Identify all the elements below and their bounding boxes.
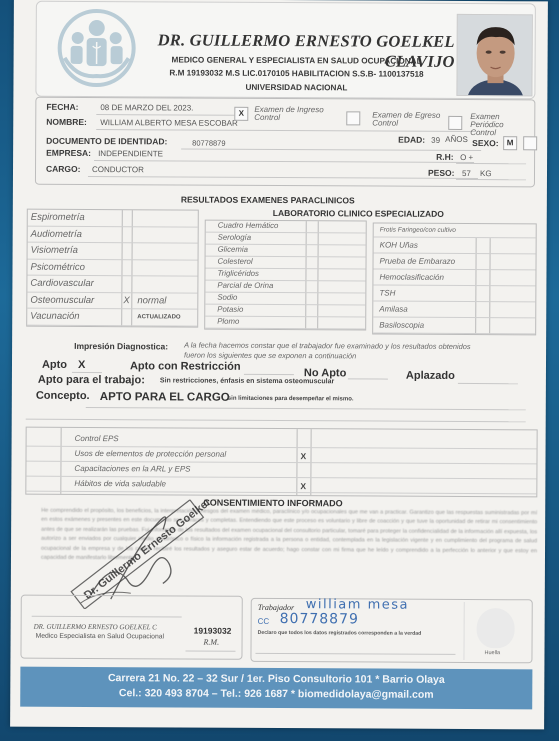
nombre-label: NOMBRE: [46, 117, 87, 127]
lab-test-name: Triglicéridos [217, 269, 258, 278]
patient-data-box: FECHA: 08 DE MARZO DEL 2023. NOMBRE: WIL… [35, 97, 535, 188]
clinical-test-note: ACTUALIZADO [137, 314, 180, 320]
nombre-value: WILLIAM ALBERTO MESA ESCOBAR [100, 118, 238, 128]
clinical-test-row: Visiometría [28, 243, 198, 260]
lab-test-row: Glicemia [206, 245, 366, 258]
recommendation-label: Hábitos de vida saludable [74, 479, 166, 488]
apto-con-restriccion-label: Apto con Restricción [130, 360, 241, 373]
footer-contact: Cel.: 320 493 8704 – Tel.: 926 1687 * bi… [20, 686, 532, 704]
lab-test-row: Plomo [205, 317, 365, 330]
clinical-test-note: normal [137, 295, 166, 306]
signature-rm-label: R.M. [204, 638, 220, 647]
lab-test-row: Colesterol [205, 257, 365, 270]
lab-test-name: Potasio [217, 305, 243, 314]
clinical-test-row: Espirometría [28, 210, 198, 227]
clinical-test-mark: X [123, 295, 129, 306]
edad-label: EDAD: [398, 135, 425, 145]
lab-test-name: Serología [218, 233, 251, 242]
peso-label: PESO: [428, 168, 455, 178]
edad-unit: AÑOS [445, 135, 468, 144]
doctor-registration: R.M 19193032 M.S LIC.0170105 HABILITACIO… [136, 68, 456, 79]
doctor-university: UNIVERSIDAD NACIONAL [136, 82, 456, 93]
apto-trabajo-label: Apto para el trabajo: [38, 374, 145, 387]
clinical-test-row: Audiometría [28, 226, 198, 243]
recommendation-mark: X [300, 451, 306, 461]
aplazado-label: Aplazado [406, 370, 455, 382]
patient-photo-icon [456, 14, 532, 96]
special-lab-tests-table: Frotis Faringeo/con cultivoKOH UñasPrueb… [372, 222, 537, 335]
worker-declaration: Declaro que todos los datos registrados … [258, 629, 438, 638]
recommendation-label: Usos de elementos de protección personal [75, 449, 227, 459]
huella-label: Huella [484, 650, 500, 656]
special-lab-header-row: Frotis Faringeo/con cultivo [374, 223, 536, 238]
fecha-label: FECHA: [46, 102, 78, 112]
signature-rm-number: 19193032 [194, 626, 232, 636]
clinical-test-name: Audiometría [31, 228, 82, 239]
clinical-test-row: Psicométrico [27, 259, 197, 276]
clinical-test-row: Cardiovascular [27, 276, 197, 293]
clinical-test-name: Cardiovascular [30, 278, 93, 289]
lab-test-row: Triglicéridos [205, 269, 365, 282]
empresa-label: EMPRESA: [46, 148, 91, 158]
svg-text:Dr. Guillermo Ernesto Goelkel: Dr. Guillermo Ernesto Goelkel Clavijo [82, 499, 221, 602]
lab-test-row: Serología [206, 233, 366, 246]
clinical-test-name: Vacunación [30, 311, 79, 322]
signature-doctor-name: DR. GUILLERMO ERNESTO GOELKEL C [34, 623, 157, 632]
special-lab-test-name: Hemoclasificación [379, 273, 444, 282]
recommendation-label: Capacitaciones en la ARL y EPS [74, 464, 190, 474]
special-lab-test-name: Prueba de Embarazo [380, 257, 456, 266]
clinical-test-row: OsteomuscularXnormal [27, 292, 197, 309]
footer-contact-bar: Carrera 21 No. 22 – 32 Sur / 1er. Piso C… [20, 667, 532, 710]
lab-test-name: Plomo [217, 317, 239, 326]
apto-label: Apto [42, 359, 67, 371]
lab-test-name: Sodio [217, 293, 237, 302]
special-lab-test-row: Basiloscopia [373, 317, 535, 334]
peso-unit: KG [480, 169, 492, 178]
clinical-test-name: Visiometría [31, 245, 78, 256]
special-lab-header: Frotis Faringeo/con cultivo [380, 227, 456, 234]
recommendation-row: Hábitos de vida saludableX [26, 477, 536, 495]
lab-test-name: Cuadro Hemático [218, 221, 279, 230]
lab-title: LABORATORIO CLINICO ESPECIALIZADO [273, 208, 444, 219]
rh-label: R.H: [436, 152, 454, 162]
recommendations-table: Control EPSUsos de elementos de protecci… [25, 427, 537, 498]
lab-test-row: Cuadro Hemático [206, 221, 366, 234]
special-lab-test-name: Amilasa [379, 305, 407, 314]
diagnosis-label: Impresión Diagnostica: [74, 341, 168, 351]
results-title: RESULTADOS EXAMENES PARACLINICOS [181, 194, 355, 205]
fecha-value: 08 DE MARZO DEL 2023. [100, 103, 193, 112]
lab-test-name: Parcial de Orina [217, 281, 273, 290]
fingerprint-box: Huella [463, 602, 529, 660]
exam-periodico-checkbox[interactable] [448, 116, 462, 130]
cargo-label: CARGO: [46, 164, 81, 174]
people-caring-hands-logo-icon [56, 6, 136, 90]
recommendation-label: Control EPS [75, 434, 119, 443]
special-lab-test-name: TSH [379, 289, 395, 298]
exam-ingreso-label: Examen de IngresoControl [254, 106, 323, 122]
clinical-test-name: Osteomuscular [30, 294, 94, 305]
medical-certificate-page: DR. GUILLERMO ERNESTO GOELKEL CLAVIJO ME… [10, 0, 548, 729]
exam-egreso-checkbox[interactable] [346, 111, 360, 125]
concepto-value: APTO PARA EL CARGO [100, 391, 230, 404]
clinical-test-name: Psicométrico [30, 261, 84, 272]
doctor-specialty: MEDICO GENERAL Y ESPECIALISTA EN SALUD O… [137, 55, 457, 66]
diagnosis-text-2: fueron los siguientes que se exponen a c… [184, 352, 356, 361]
peso-value: 57 [462, 169, 471, 178]
apto-trabajo-value: Sin restricciones, énfasis en sistema os… [160, 377, 334, 385]
cargo-value: CONDUCTOR [92, 165, 144, 174]
empresa-value: INDEPENDIENTE [98, 149, 163, 158]
concepto-label: Concepto. [36, 390, 90, 402]
special-lab-test-row: TSH [373, 285, 535, 302]
sexo-label: SEXO: [472, 138, 499, 148]
lab-test-row: Parcial de Orina [205, 281, 365, 294]
lab-test-row: Potasio [205, 305, 365, 318]
documento-value: 80778879 [192, 139, 225, 148]
exam-ingreso-checkbox[interactable]: X [234, 107, 248, 121]
special-lab-test-row: Prueba de Embarazo [373, 253, 535, 270]
exam-periodico-label: Examen PeriódicoControl [470, 113, 534, 137]
diagnosis-text-1: A la fecha hacemos constar que el trabaj… [184, 342, 471, 351]
doctor-stamp-signature-icon: Dr. Guillermo Ernesto Goelkel Clavijo [51, 499, 222, 610]
exam-egreso-label: Examen de EgresoControl [372, 111, 440, 127]
lab-test-row: Sodio [205, 293, 365, 306]
worker-signature-box: Trabajador william mesa CC 80778879 Decl… [250, 598, 532, 663]
sexo-f-box[interactable] [523, 136, 537, 150]
sexo-m-box[interactable]: M [503, 136, 517, 150]
cc-value: 80778879 [280, 611, 359, 627]
edad-value: 39 [431, 136, 440, 145]
lab-tests-table: Cuadro HemáticoSerologíaGlicemiaColester… [204, 220, 367, 331]
clinical-test-name: Espirometría [31, 212, 85, 223]
rh-value: O + [460, 153, 473, 162]
documento-label: DOCUMENTO DE IDENTIDAD: [46, 136, 167, 147]
concepto-note: sin limitaciones para desempeñar el mism… [228, 396, 354, 403]
doctor-signature-box: DR. GUILLERMO ERNESTO GOELKEL C Medico E… [20, 595, 242, 660]
recommendation-mark: X [300, 481, 306, 491]
special-lab-test-row: KOH Uñas [374, 237, 536, 254]
clinical-tests-table: EspirometríaAudiometríaVisiometríaPsicom… [26, 209, 199, 328]
apto-mark[interactable]: X [78, 359, 85, 371]
special-lab-test-name: KOH Uñas [380, 241, 418, 250]
cc-label: CC [258, 617, 270, 626]
special-lab-test-row: Amilasa [373, 301, 535, 318]
lab-test-name: Colesterol [218, 257, 253, 266]
special-lab-test-name: Basiloscopia [379, 321, 424, 330]
lab-test-name: Glicemia [218, 245, 248, 254]
signature-doctor-title: Medico Especialista en Salud Ocupacional [36, 633, 165, 641]
letterhead: DR. GUILLERMO ERNESTO GOELKEL CLAVIJO ME… [35, 1, 535, 100]
special-lab-test-row: Hemoclasificación [373, 269, 535, 286]
clinical-test-row: VacunaciónACTUALIZADO [27, 309, 197, 326]
